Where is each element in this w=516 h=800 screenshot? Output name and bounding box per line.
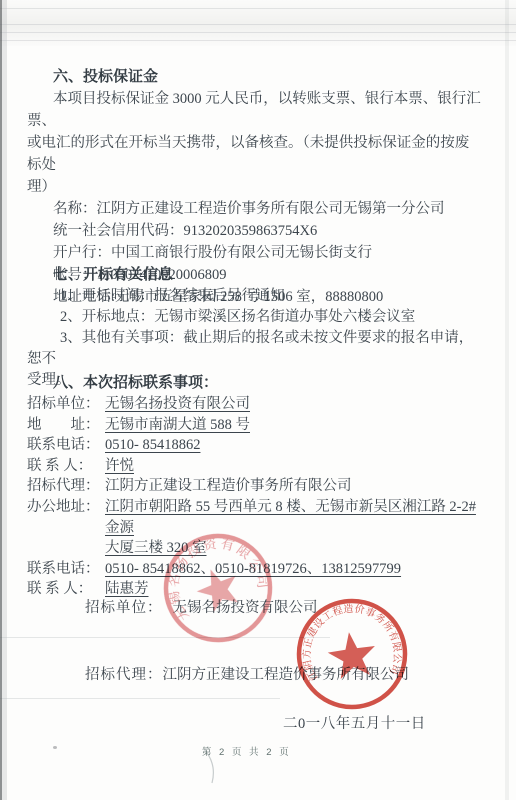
section-8-heading: 八、本次招标联系事项： xyxy=(27,372,482,394)
section-contact-info: 八、本次招标联系事项： 招标单位： 无锡名扬投资有限公司 地 址： 无锡市南湖大… xyxy=(27,372,482,600)
row-value: 0510- 85418862 xyxy=(105,437,200,453)
row-label: 招标代理： xyxy=(27,476,105,497)
section-7-heading: 七、开标有关信息 xyxy=(27,264,482,286)
credit-code-line: 统一社会信用代码：9132020359863754X6 xyxy=(27,220,482,242)
row-value: 江阴方正建设工程造价事务所有限公司 xyxy=(105,478,352,494)
signature-label: 招标单位： xyxy=(85,600,163,616)
row-label: 地 址： xyxy=(27,415,105,436)
scan-artifact-streak xyxy=(505,0,509,800)
scan-artifact-line xyxy=(0,24,516,25)
page-left-edge-line xyxy=(0,0,2,800)
scan-artifact-line xyxy=(0,40,516,41)
scan-artifact-line xyxy=(0,8,516,9)
other-matters-item-line: 3、其他有关事项：截止期后的报名或未按文件要求的报名申请，恕不 xyxy=(27,328,482,370)
contact-row-tenderer: 招标单位： 无锡名扬投资有限公司 xyxy=(27,394,482,415)
scan-artifact-line xyxy=(0,32,516,33)
row-label: 联系电话： xyxy=(27,435,105,456)
opening-time-item: 1、开标时间：报名结束后另行通知 xyxy=(27,286,482,307)
row-value: 无锡名扬投资有限公司 xyxy=(105,396,250,412)
signature-line-tenderer: 招标单位：无锡名扬投资有限公司 xyxy=(85,596,318,617)
bid-bond-paragraph-line: 理） xyxy=(27,176,482,198)
row-value: 许悦 xyxy=(105,458,134,474)
opening-place-item: 2、开标地点：无锡市梁溪区扬名街道办事处六楼会议室 xyxy=(27,307,482,328)
row-label: 联 系 人： xyxy=(27,456,105,477)
signature-label: 招标代理： xyxy=(85,667,163,683)
row-value-line: 江阴市朝阳路 55 号西单元 8 楼、无锡市新吴区湘江路 2-2#金源 xyxy=(105,499,476,536)
signature-line-agent: 招标代理：江阴方正建设工程造价事务所有限公司 xyxy=(85,663,409,684)
row-value: 陆惠芳 xyxy=(105,581,149,597)
contact-row-phone: 联系电话： 0510- 85418862 xyxy=(27,435,482,456)
section-6-heading: 六、投标保证金 xyxy=(27,66,482,88)
row-value: 无锡市南湖大道 588 号 xyxy=(105,417,250,433)
signature-value: 江阴方正建设工程造价事务所有限公司 xyxy=(163,667,410,683)
bid-bond-paragraph-line: 本项目投标保证金 3000 元人民币，以转账支票、银行本票、银行汇票、 xyxy=(27,88,482,132)
row-value-line: 大厦三楼 320 室 xyxy=(105,540,207,556)
bank-line: 开户行：中国工商银行股份有限公司无锡长街支行 xyxy=(27,242,482,264)
contact-row-office-address: 办公地址： 江阴市朝阳路 55 号西单元 8 楼、无锡市新吴区湘江路 2-2#金… xyxy=(27,497,482,559)
row-label: 联系电话： xyxy=(27,559,105,580)
page-number: 第 2 页 共 2 页 xyxy=(0,744,504,758)
account-name-line: 名称：江阴方正建设工程造价事务所有限公司无锡第一分公司 xyxy=(27,198,482,220)
contact-row-agent-phone: 联系电话： 0510- 85418862、0510-81819726、13812… xyxy=(27,559,482,580)
scan-artifact-line xyxy=(0,637,330,638)
contact-row-person: 联 系 人： 许悦 xyxy=(27,456,482,477)
contact-row-agent: 招标代理： 江阴方正建设工程造价事务所有限公司 xyxy=(27,476,482,497)
document-date: 二0一八年五月十一日 xyxy=(283,712,426,733)
row-label: 办公地址： xyxy=(27,497,105,559)
row-value: 0510- 85418862、0510-81819726、13812597799 xyxy=(105,561,401,577)
signature-value: 无锡名扬投资有限公司 xyxy=(173,600,318,616)
scanned-document-page: 六、投标保证金 本项目投标保证金 3000 元人民币，以转账支票、银行本票、银行… xyxy=(0,0,516,800)
contact-row-address: 地 址： 无锡市南湖大道 588 号 xyxy=(27,415,482,436)
bid-bond-paragraph-line: 或电汇的形式在开标当天携带，以备核查。（未提供投标保证金的按废标处 xyxy=(27,132,482,176)
scan-artifact-line xyxy=(0,698,280,699)
row-label: 招标单位： xyxy=(27,394,105,415)
